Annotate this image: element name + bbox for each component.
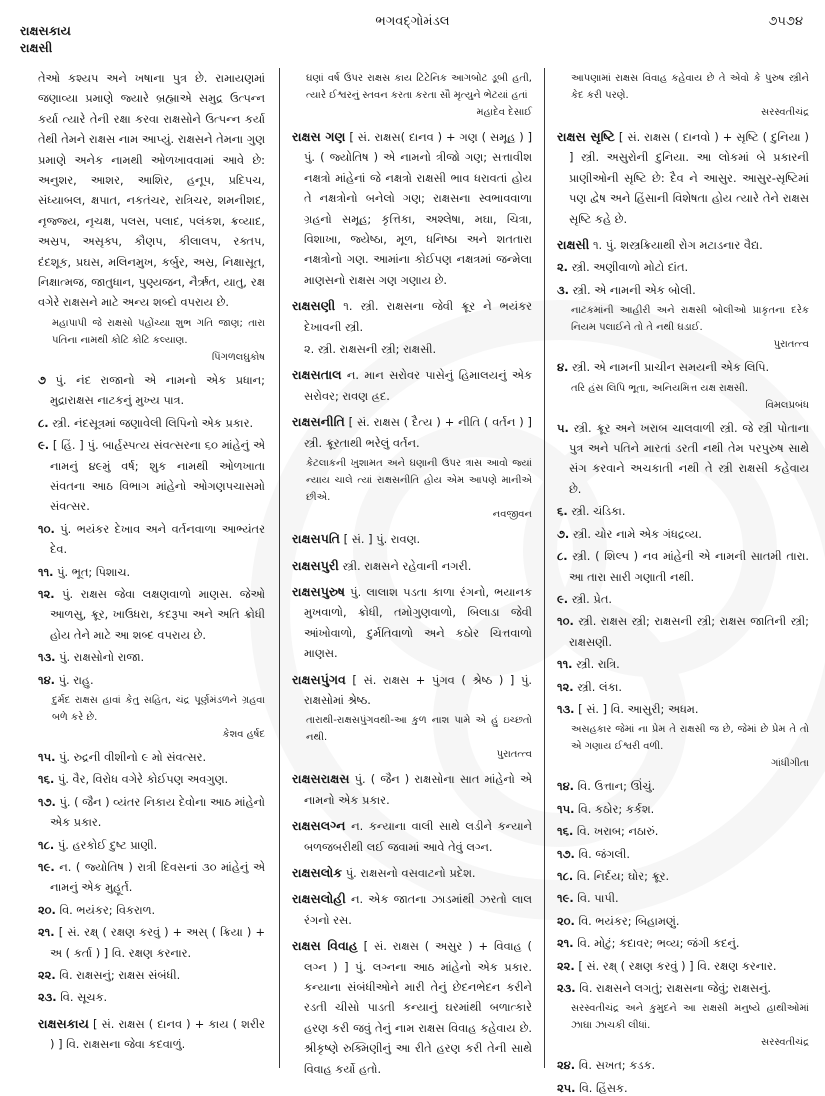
sense-item: ૮. સ્ત્રી. ( શિલ્પ ) નવ માંહેની એ નામની … [557, 546, 809, 587]
sense-number: ૫. [557, 421, 569, 435]
sense-number: ૪. [557, 360, 568, 374]
sense-text: સ્ત્રી. ક્રૂર અને ખરાબ ચાલવાળી સ્ત્રી. જ… [569, 421, 809, 496]
column-divider [279, 68, 280, 1068]
sense-number: ૧૦. [557, 614, 574, 628]
quote-source: વિમલપ્રબંધ [571, 397, 809, 414]
sense-item: ૯. [ હિં. ] પું. બાર્હસ્પત્ય સંવત્સરના ૬… [38, 435, 265, 517]
sense-number: ૧૭. [557, 847, 575, 861]
headword: રાક્ષસરાક્ષસ [292, 771, 349, 786]
quote-source: કેશવ હર્ષદ [52, 726, 265, 743]
citation-quote: સરસ્વતીચંદ્ર અને કુમુદને આ રાક્ષસી મનુષ્… [557, 1000, 809, 1051]
sense-number: ૧૭. [38, 795, 56, 809]
headword: રાક્ષસતાલ [292, 367, 342, 382]
sense-text: સ્ત્રી. નંદસૂત્રમાં જણાવેલી લિપિનો એક પ્… [52, 416, 253, 430]
sense-number: ૨૨. [557, 959, 575, 973]
dictionary-entry: રાક્ષસપુરી સ્ત્રી. રાક્ષસને રહેવાની નગરી… [292, 556, 532, 576]
sense-text: સ્ત્રી. રાત્રિ. [576, 657, 620, 671]
definition: સ્ત્રી. રાક્ષસને રહેવાની નગરી. [343, 559, 472, 573]
sense-number: ૨. [557, 260, 568, 274]
sense-item: ૧૬. પું. વૈર, વિરોધ વગેરે કોઈપણ અવગુણ. [38, 769, 265, 789]
sense-text: વિ. રાક્ષસનું; રાક્ષસ સંબંધી. [59, 968, 180, 982]
sense-number: ૧૫. [557, 802, 574, 816]
quote-text: તરિ હંસ લિપિ ભૂતા, અનિયમિત્ત યક્ષ રાક્ષસ… [571, 383, 748, 394]
quote-text: અસહકાર જેમાં ના પ્રેમ તે રાક્ષસી જ છે, જ… [571, 724, 809, 752]
sense-number: ૨૩. [557, 981, 576, 995]
sense-number: ૮. [557, 549, 568, 563]
sense-number: ૨૧. [557, 936, 574, 950]
sense-item: ૭ પું. નંદ રાજાનો એ નામનો એક પ્રધાન; મુદ… [38, 370, 265, 411]
sense-item: ૬. સ્ત્રી. ચંડિકા. [557, 501, 809, 521]
sense-text: વિ. ખરાબ; નઠારું. [577, 824, 658, 838]
sense-item: ૧૨. સ્ત્રી. લંકા. [557, 677, 809, 697]
sense-item: ૮. સ્ત્રી. નંદસૂત્રમાં જણાવેલી લિપિનો એક… [38, 413, 265, 433]
sense-text: વિ. સૂચક. [60, 990, 107, 1004]
sense-number: ૧૬. [38, 772, 54, 786]
quote-text: તારાથી-રાક્ષસપુંગવથી-આ કુળ નાશ પામે એ હુ… [306, 715, 532, 743]
citation-quote: અસહકાર જેમાં ના પ્રેમ તે રાક્ષસી જ છે, જ… [557, 721, 809, 772]
sense-text: પું. રાક્ષસોનો રાજા. [59, 650, 144, 664]
sense-item: ૧૧. સ્ત્રી. રાત્રિ. [557, 654, 809, 674]
sense-item: ૨. સ્ત્રી. રાક્ષસની સ્ત્રી; રાક્ષસી. [292, 339, 532, 359]
sense-number: ૨૨. [38, 968, 56, 982]
dictionary-entry: રાક્ષસનીતિ [ સં. રાક્ષસ ( દૈત્ય ) + નીતિ… [292, 412, 532, 453]
sense-item: ૧૩. પું. રાક્ષસોનો રાજા. [38, 647, 265, 667]
headword: રાક્ષસકાય [38, 1016, 89, 1031]
citation-quote: તરિ હંસ લિપિ ભૂતા, અનિયમિત્ત યક્ષ રાક્ષસ… [557, 380, 809, 414]
sense-item: ૧૯. વિ. પાપી. [557, 888, 809, 908]
dictionary-entry: રાક્ષસણી ૧. સ્ત્રી. રાક્ષસના જેવી ક્રૂર … [292, 296, 532, 337]
sense-item: ૧૬. વિ. ખરાબ; નઠારું. [557, 821, 809, 841]
sense-item: ૫. સ્ત્રી. ક્રૂર અને ખરાબ ચાલવાળી સ્ત્રી… [557, 418, 809, 500]
dictionary-entry: રાક્ષસપુંગવ [ સં. રાક્ષસ + પુંગવ ( શ્રેષ… [292, 670, 532, 711]
sense-item: ૨૦. વિ. ભયંકર; બિહામણું. [557, 911, 809, 931]
sense-number: ૬. [557, 504, 568, 518]
sense-item: ૧૯. ન. ( જ્યોતિષ ) રાત્રી દિવસનાં ૩૦ માં… [38, 857, 265, 898]
sense-text: વિ. પાપી. [577, 891, 618, 905]
sense-text: પું. નંદ રાજાનો એ નામનો એક પ્રધાન; મુદ્ર… [50, 373, 265, 407]
sense-text: સ્ત્રી. એ નામની પ્રાચીન સમયની એક લિપિ. [572, 360, 769, 374]
sense-item: ૨૨. વિ. રાક્ષસનું; રાક્ષસ સંબંધી. [38, 965, 265, 985]
sense-text: [ હિં. ] પું. બાર્હસ્પત્ય સંવત્સરના ૬૦ મ… [50, 438, 265, 513]
headword: રાક્ષસનીતિ [292, 414, 345, 429]
sense-item: ૨૦. વિ. ભયંકર; વિકરાળ. [38, 900, 265, 920]
sense-number: ૩. [557, 283, 569, 297]
headword: રાક્ષસપુંગવ [292, 672, 346, 687]
sense-text: પું. વૈર, વિરોધ વગેરે કોઈપણ અવગુણ. [58, 772, 228, 786]
citation-quote: મહાપાપી જે રાક્ષસો પહોંચ્યા શુભ ગતિ જાણ;… [38, 315, 265, 366]
definition: [ સં. રાક્ષસ ( દાનવો ) + સૃષ્ટિ ( દુનિયા… [569, 130, 809, 226]
headword: રાક્ષસી [557, 237, 589, 252]
sense-item: ૨૧. વિ. મોટું; કદાવર; ભવ્ય; જંગી કદનું. [557, 933, 809, 953]
sense-text: પું. રાહુ. [59, 673, 94, 687]
definition: ૧. સ્ત્રી. રાક્ષસના જેવી ક્રૂર ને ભયંકર … [304, 299, 532, 333]
sense-number: ૧૪. [557, 779, 574, 793]
column-3: આપણામાં રાક્ષસ વિવાહ કહેવાય છે તે એવો કે… [557, 68, 809, 1096]
headword: રાક્ષસ સૃષ્ટિ [557, 129, 615, 144]
sense-item: ૨૨. [ સં. રક્ષ્ ( રક્ષણ કરવું ) ] વિ. રક… [557, 956, 809, 976]
sense-text: વિ. સખત; કડક. [579, 1058, 655, 1072]
definition: [ સં. ] પું. રાવણ. [344, 532, 421, 546]
quote-text: મહાપાપી જે રાક્ષસો પહોંચ્યા શુભ ગતિ જાણ;… [52, 318, 265, 346]
dictionary-entry: રાક્ષસપતિ [ સં. ] પું. રાવણ. [292, 529, 532, 549]
running-head: રાક્ષસકાય રાક્ષસી ભગવદ્ગોમંડલ ૭૫૭૪ [0, 12, 825, 52]
sense-text: [ સં. રક્ષ્ ( રક્ષણ કરવું ) + અસ્ ( ક્રિ… [50, 925, 265, 959]
sense-text: વિ. ઉત્તાન; ઊંચું. [578, 779, 655, 793]
sense-item: ૧૭. વિ. જંગલી. [557, 844, 809, 864]
sense-number: ૨૩. [38, 990, 57, 1004]
definition: ૧. પું. શસ્ત્રક્રિયાથી રોગ મટાડનાર વૈદ્ય… [593, 238, 763, 252]
sense-text: વિ. રાક્ષસને લગતું; રાક્ષસના જેવું; રાક્… [579, 981, 771, 995]
headword: રાક્ષસલગ્ન [292, 818, 345, 833]
sense-number: ૧૬. [557, 824, 573, 838]
sense-item: ૨. સ્ત્રી. અણીવાળો મોટો દાંત. [557, 257, 809, 277]
definition: [ સં. રાક્ષસ( દાનવ ) + ગણ ( સમૂહ ) ] પું… [304, 130, 532, 287]
sense-number: ૧૯. [38, 860, 55, 874]
sense-text: [ સં. ] વિ. આસુરી; અધમ. [578, 702, 698, 716]
dictionary-entry: રાક્ષસરાક્ષસ પું. ( જૈન ) રાક્ષસોના સાત … [292, 769, 532, 810]
column-1: તેઓ કશ્યપ અને ખષાના પુત્ર છે. રામાયણમાં … [38, 68, 265, 1057]
quote-text: નાટકમાંની આહીરી અને રાક્ષસી બોલીઓ પ્રાકૃ… [571, 305, 809, 333]
definition: [ સં. રાક્ષસ ( અસુર ) + વિવાહ ( લગ્ન ) ]… [304, 939, 532, 1075]
sense-number: ૨૦. [557, 914, 575, 928]
sense-number: ૧૨. [38, 587, 55, 601]
sense-text: વિ. મોટું; કદાવર; ભવ્ય; જંગી કદનું. [577, 936, 739, 950]
sense-text: વિ. ભયંકર; બિહામણું. [579, 914, 680, 928]
sense-text: વિ. નિર્દય; ઘોર; ક્રૂર. [577, 869, 669, 883]
dictionary-entry: રાક્ષસ ગણ [ સં. રાક્ષસ( દાનવ ) + ગણ ( સમ… [292, 127, 532, 290]
sense-item: ૧૫. વિ. કઠોર; કર્કશ. [557, 799, 809, 819]
sense-item: ૨૧. [ સં. રક્ષ્ ( રક્ષણ કરવું ) + અસ્ ( … [38, 922, 265, 963]
sense-item: ૨૫. વિ. હિંસક. [557, 1078, 809, 1096]
citation-quote: દુર્મદ રાક્ષસ હાવાં કેતુ સહિત, ચંદ્ર પૂર… [38, 692, 265, 743]
sense-number: ૧૯. [557, 891, 574, 905]
sense-item: ૧૮. પું. હરકોઈ દુષ્ટ પ્રાણી. [38, 835, 265, 855]
headword: રાક્ષસપુરી [292, 558, 339, 573]
sense-text: પું. ભયંકર દેખાવ અને વર્તનવાળા આભ્યંતર દ… [50, 522, 265, 556]
sense-item: ૧૩. [ સં. ] વિ. આસુરી; અધમ. [557, 699, 809, 719]
sense-text: સ્ત્રી. એ નામની એક બોલી. [573, 283, 696, 297]
sense-number: ૧૮. [557, 869, 573, 883]
sense-item: ૪. સ્ત્રી. એ નામની પ્રાચીન સમયની એક લિપિ… [557, 357, 809, 377]
sense-number: ૨૦. [38, 903, 56, 917]
sense-item: ૧૪. પું. રાહુ. [38, 670, 265, 690]
sense-item: ૧૨. પું. રાક્ષસ જેવા લક્ષણવાળો માણસ. જેઓ… [38, 584, 265, 645]
sense-text: પું. રાક્ષસ જેવા લક્ષણવાળો માણસ. જેઓ આળસ… [50, 587, 265, 642]
sense-number: ૨૫. [557, 1081, 576, 1095]
citation-quote: તારાથી-રાક્ષસપુંગવથી-આ કુળ નાશ પામે એ હુ… [292, 712, 532, 763]
sense-number: ૧૪. [38, 673, 55, 687]
sense-item: ૧૦. પું. ભયંકર દેખાવ અને વર્તનવાળા આભ્યં… [38, 519, 265, 560]
dictionary-entry: રાક્ષસલોહી ન. એક જાતના ઝાડમાંથી ઝરતો લાલ… [292, 889, 532, 930]
sense-item: ૧૮. વિ. નિર્દય; ઘોર; ક્રૂર. [557, 866, 809, 886]
sense-text: વિ. કઠોર; કર્કશ. [578, 802, 654, 816]
sense-item: ૨૪. વિ. સખત; કડક. [557, 1055, 809, 1075]
sense-number: ૧૫. [38, 750, 55, 764]
quote-source: પુરાતત્ત્વ [571, 336, 809, 353]
citation-quote: ઘણાં વર્ષ ઉપર રાક્ષસ કાય ટિટેનિક આગબોટ ડ… [292, 70, 532, 121]
entry-continuation: તેઓ કશ્યપ અને ખષાના પુત્ર છે. રામાયણમાં … [38, 68, 265, 313]
quote-source: સરસ્વતીચંદ્ર [571, 104, 809, 121]
sense-item: ૩. સ્ત્રી. એ નામની એક બોલી. [557, 280, 809, 300]
sense-text: સ્ત્રી. ચોર નામે એક ગંધદ્રવ્ય. [573, 527, 702, 541]
quote-source: પુરાતત્ત્વ [306, 746, 532, 763]
sense-text: સ્ત્રી. ( શિલ્પ ) નવ માંહેની એ નામની સાત… [569, 549, 809, 583]
page-number: ૭૫૭૪ [768, 14, 803, 29]
dictionary-entry: રાક્ષસતાલ ન. માન સરોવર પાસેનું હિમાલયનું… [292, 365, 532, 406]
sense-item: ૧૦. સ્ત્રી. રાક્ષસ સ્ત્રી; રાક્ષસની સ્ત્… [557, 611, 809, 652]
book-title: ભગવદ્ગોમંડલ [0, 14, 825, 29]
sense-text: ન. ( જ્યોતિષ ) રાત્રી દિવસનાં ૩૦ માંહેનુ… [50, 860, 265, 894]
sense-number: ૧૦. [38, 522, 55, 536]
dictionary-entry: રાક્ષસકાય [ સં. રાક્ષસ ( દાનવ ) + કાય ( … [38, 1014, 265, 1055]
sense-number: ૧૩. [38, 650, 56, 664]
sense-number: ૧૧. [557, 657, 573, 671]
column-2: ઘણાં વર્ષ ઉપર રાક્ષસ કાય ટિટેનિક આગબોટ ડ… [292, 68, 532, 1081]
citation-quote: આપણામાં રાક્ષસ વિવાહ કહેવાય છે તે એવો કે… [557, 70, 809, 121]
sense-item: ૯. સ્ત્રી. પ્રેત. [557, 589, 809, 609]
sense-text: સ્ત્રી. અણીવાળો મોટો દાંત. [572, 260, 689, 274]
sense-number: ૮. [38, 416, 49, 430]
quote-text: કેટલાકની ખુશામત અને ઘણાની ઉપર ત્રાસ આવો … [306, 458, 532, 503]
sense-number: ૯. [38, 438, 49, 452]
sense-text: વિ. જંગલી. [578, 847, 630, 861]
sense-item: ૧૧. પું. ભૂત; પિશાચ. [38, 562, 265, 582]
dictionary-entry: રાક્ષસ વિવાહ [ સં. રાક્ષસ ( અસુર ) + વિવ… [292, 936, 532, 1079]
sense-text: સ્ત્રી. લંકા. [577, 680, 622, 694]
sense-number: ૨૪. [557, 1058, 575, 1072]
headword: રાક્ષસલોક [292, 865, 342, 880]
sense-text: સ્ત્રી. ચંડિકા. [571, 504, 625, 518]
dictionary-entry: રાક્ષસલગ્ન ન. કન્યાના વાલી સાથે લડીને કન… [292, 816, 532, 857]
headword: રાક્ષસપુરુષ [292, 584, 345, 599]
sense-number: ૭ [38, 373, 46, 387]
sense-item: ૨૩. વિ. રાક્ષસને લગતું; રાક્ષસના જેવું; … [557, 978, 809, 998]
dictionary-entry: રાક્ષસપુરુષ પું. લાલાશ પડતા કાળા રંગનો, … [292, 582, 532, 664]
column-divider [544, 68, 545, 1068]
headword: રાક્ષસણી [292, 298, 335, 313]
dictionary-entry: રાક્ષસલોક પું. રાક્ષસનો વસવાટનો પ્રદેશ. [292, 863, 532, 883]
sense-number: ૯. [557, 592, 568, 606]
sense-number: ૨૧. [38, 925, 55, 939]
quote-text: ઘણાં વર્ષ ઉપર રાક્ષસ કાય ટિટેનિક આગબોટ ડ… [306, 73, 532, 101]
quote-text: આપણામાં રાક્ષસ વિવાહ કહેવાય છે તે એવો કે… [571, 73, 809, 101]
citation-quote: કેટલાકની ખુશામત અને ઘણાની ઉપર ત્રાસ આવો … [292, 455, 532, 523]
sense-item: ૧૪. વિ. ઉત્તાન; ઊંચું. [557, 776, 809, 796]
sense-item: ૧૫. પું. રુદ્રની વીશીનો ૯ મો સંવત્સર. [38, 747, 265, 767]
sense-text: પું. ભૂત; પિશાચ. [57, 565, 130, 579]
sense-text: પું. ( જૈન ) વ્યંતર નિકાય દેવોના આઠ માંહ… [50, 795, 265, 829]
headword: રાક્ષસ વિવાહ [292, 938, 358, 953]
sense-item: ૧૭. પું. ( જૈન ) વ્યંતર નિકાય દેવોના આઠ … [38, 792, 265, 833]
quote-source: પિંગળલઘુકોષ [52, 349, 265, 366]
sense-text: સ્ત્રી. પ્રેત. [572, 592, 612, 606]
headword: રાક્ષસલોહી [292, 891, 346, 906]
guide-word-last: રાક્ષસી [20, 39, 71, 56]
definition: પું. રાક્ષસનો વસવાટનો પ્રદેશ. [346, 866, 476, 880]
sense-text: પું. હરકોઈ દુષ્ટ પ્રાણી. [58, 838, 157, 852]
sense-text: સ્ત્રી. રાક્ષસ સ્ત્રી; રાક્ષસની સ્ત્રી; … [569, 614, 809, 648]
sense-text: વિ. હિંસક. [579, 1081, 627, 1095]
sense-number: ૭. [557, 527, 569, 541]
sense-number: ૧૮. [38, 838, 54, 852]
sense-text: [ સં. રક્ષ્ ( રક્ષણ કરવું ) ] વિ. રક્ષણ … [578, 959, 776, 973]
quote-source: નવજીવન [306, 506, 532, 523]
sense-item: ૨૩. વિ. સૂચક. [38, 987, 265, 1007]
sense-text: વિ. ભયંકર; વિકરાળ. [60, 903, 156, 917]
sense-number: ૧૧. [38, 565, 54, 579]
sense-text: પું. રુદ્રની વીશીનો ૯ મો સંવત્સર. [59, 750, 206, 764]
dictionary-entry: રાક્ષસી ૧. પું. શસ્ત્રક્રિયાથી રોગ મટાડન… [557, 235, 809, 255]
sense-number: ૧૩. [557, 702, 575, 716]
dictionary-entry: રાક્ષસ સૃષ્ટિ [ સં. રાક્ષસ ( દાનવો ) + સ… [557, 127, 809, 229]
citation-quote: નાટકમાંની આહીરી અને રાક્ષસી બોલીઓ પ્રાકૃ… [557, 302, 809, 353]
quote-text: સરસ્વતીચંદ્ર અને કુમુદને આ રાક્ષસી મનુષ્… [571, 1003, 809, 1031]
headword: રાક્ષસ ગણ [292, 129, 345, 144]
quote-text: દુર્મદ રાક્ષસ હાવાં કેતુ સહિત, ચંદ્ર પૂર… [52, 695, 265, 723]
quote-source: મહાદેવ દેસાઈ [306, 104, 532, 121]
sense-number: ૧૨. [557, 680, 574, 694]
headword: રાક્ષસપતિ [292, 531, 340, 546]
quote-source: ગાંધીગીતા [571, 755, 809, 772]
sense-item: ૭. સ્ત્રી. ચોર નામે એક ગંધદ્રવ્ય. [557, 524, 809, 544]
quote-source: સરસ્વતીચંદ્ર [571, 1034, 809, 1051]
